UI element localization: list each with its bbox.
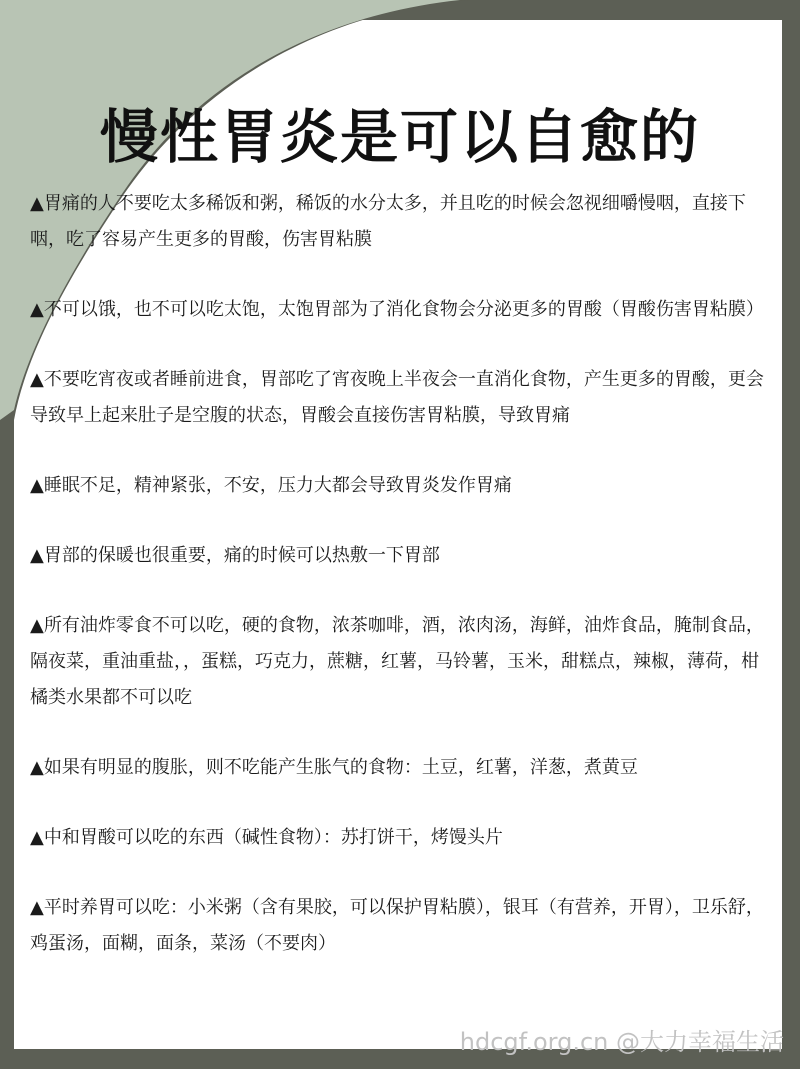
tip-item: ▲胃痛的人不要吃太多稀饭和粥，稀饭的水分太多，并且吃的时候会忽视细嚼慢咽，直接下… — [30, 186, 775, 258]
tip-item: ▲胃部的保暖也很重要，痛的时候可以热敷一下胃部 — [30, 538, 775, 574]
tip-item: ▲不可以饿，也不可以吃太饱，太饱胃部为了消化食物会分泌更多的胃酸（胃酸伤害胃粘膜… — [30, 292, 775, 328]
tip-item: ▲不要吃宵夜或者睡前进食，胃部吃了宵夜晚上半夜会一直消化食物，产生更多的胃酸，更… — [30, 362, 775, 434]
tips-list: ▲胃痛的人不要吃太多稀饭和粥，稀饭的水分太多，并且吃的时候会忽视细嚼慢咽，直接下… — [30, 186, 775, 996]
tip-item: ▲如果有明显的腹胀，则不吃能产生胀气的食物：土豆，红薯，洋葱，煮黄豆 — [30, 750, 775, 786]
tip-item: ▲所有油炸零食不可以吃，硬的食物，浓茶咖啡，酒，浓肉汤，海鲜，油炸食品，腌制食品… — [30, 608, 775, 716]
watermark: hdcgf.org.cn @大力幸福生活 — [460, 1022, 784, 1057]
tip-item: ▲中和胃酸可以吃的东西（碱性食物）：苏打饼干，烤馒头片 — [30, 820, 775, 856]
tip-item: ▲平时养胃可以吃：小米粥（含有果胶，可以保护胃粘膜），银耳（有营养，开胃），卫乐… — [30, 890, 775, 962]
page-title: 慢性胃炎是可以自愈的 — [0, 90, 800, 174]
tip-item: ▲睡眠不足，精神紧张，不安，压力大都会导致胃炎发作胃痛 — [30, 468, 775, 504]
